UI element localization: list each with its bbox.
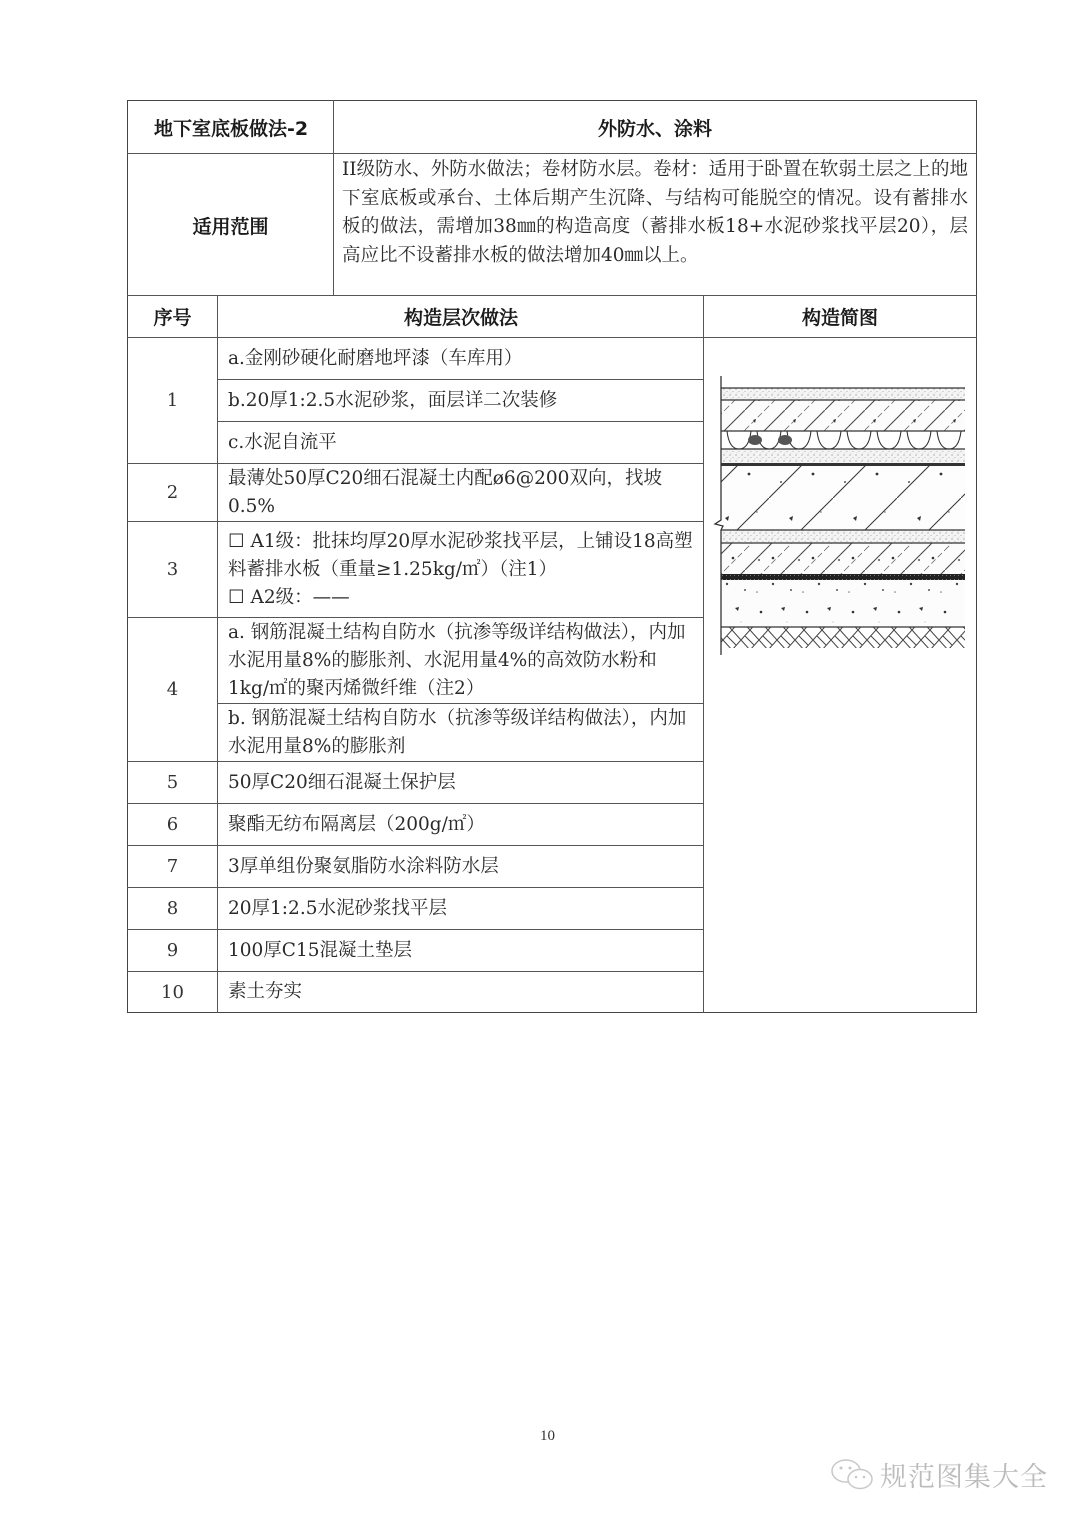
row-8-number: 8 <box>128 888 217 929</box>
row-6-number: 6 <box>128 804 217 845</box>
row-1b-text: b.20厚1:2.5水泥砂浆，面层详二次装修 <box>218 380 703 421</box>
row-6-text: 聚酯无纺布隔离层（200g/㎡） <box>218 804 703 845</box>
row-10-text: 素土夯实 <box>218 972 703 1012</box>
scope-label: 适用范围 <box>128 154 333 296</box>
page-number: 10 <box>540 1428 555 1445</box>
watermark-text: 规范图集大全 <box>880 1455 1048 1494</box>
row-2-number: 2 <box>128 464 217 521</box>
row-7-text: 3厚单组份聚氨脂防水涂料防水层 <box>218 846 703 887</box>
row-3-number: 3 <box>128 522 217 617</box>
row-5-text: 50厚C20细石混凝土保护层 <box>218 762 703 803</box>
row-1-number: 1 <box>128 338 217 463</box>
construction-diagram <box>705 370 975 670</box>
row-5-number: 5 <box>128 762 217 803</box>
row-4b-text: b. 钢筋混凝土结构自防水（抗渗等级详结构做法），内加水泥用量8%的膨胀剂 <box>218 704 703 761</box>
row-1c-text: c.水泥自流平 <box>218 422 703 463</box>
layer-waterproof-membrane <box>721 574 965 580</box>
row-9-text: 100厚C15混凝土垫层 <box>218 930 703 971</box>
row-9-number: 9 <box>128 930 217 971</box>
row-3-text: ☐ A1级：批抹均厚20厚水泥砂浆找平层，上铺设18高塑料蓄排水板（重量≥1.2… <box>218 522 703 617</box>
scope-text: II级防水、外防水做法；卷材防水层。卷材：适用于卧置在软弱土层之上的地下室底板或… <box>334 153 976 296</box>
layer-fine-stone-concrete <box>721 400 965 431</box>
row-2-text: 最薄处50厚C20细石混凝土内配ø6@200双向，找坡0.5% <box>218 464 703 521</box>
col-header-method: 构造层次做法 <box>218 296 704 337</box>
layer-leveling-mortar <box>721 449 965 463</box>
layer-leveling-mortar-2 <box>721 530 965 543</box>
row-10-number: 10 <box>128 972 217 1012</box>
layer-mortar-finish <box>721 388 965 400</box>
doc-subtitle: 外防水、涂料 <box>334 101 976 153</box>
watermark: 规范图集大全 <box>830 1455 1048 1494</box>
layer-compacted-soil <box>721 627 965 648</box>
layer-concrete-cushion <box>721 580 965 627</box>
row-4a-text: a. 钢筋混凝土结构自防水（抗渗等级详结构做法），内加水泥用量8%的膨胀剂、水泥… <box>218 618 703 703</box>
col-header-no: 序号 <box>128 296 217 337</box>
row-4-number: 4 <box>128 618 217 761</box>
layer-rc-slab <box>721 466 965 530</box>
row-1a-text: a.金刚砂硬化耐磨地坪漆（车库用） <box>218 338 703 379</box>
wechat-icon <box>830 1458 874 1492</box>
row-8-text: 20厚1:2.5水泥砂浆找平层 <box>218 888 703 929</box>
row-7-number: 7 <box>128 846 217 887</box>
col-header-diagram: 构造简图 <box>704 296 976 337</box>
doc-title: 地下室底板做法-2 <box>128 101 334 153</box>
layer-protective-concrete <box>721 543 965 574</box>
